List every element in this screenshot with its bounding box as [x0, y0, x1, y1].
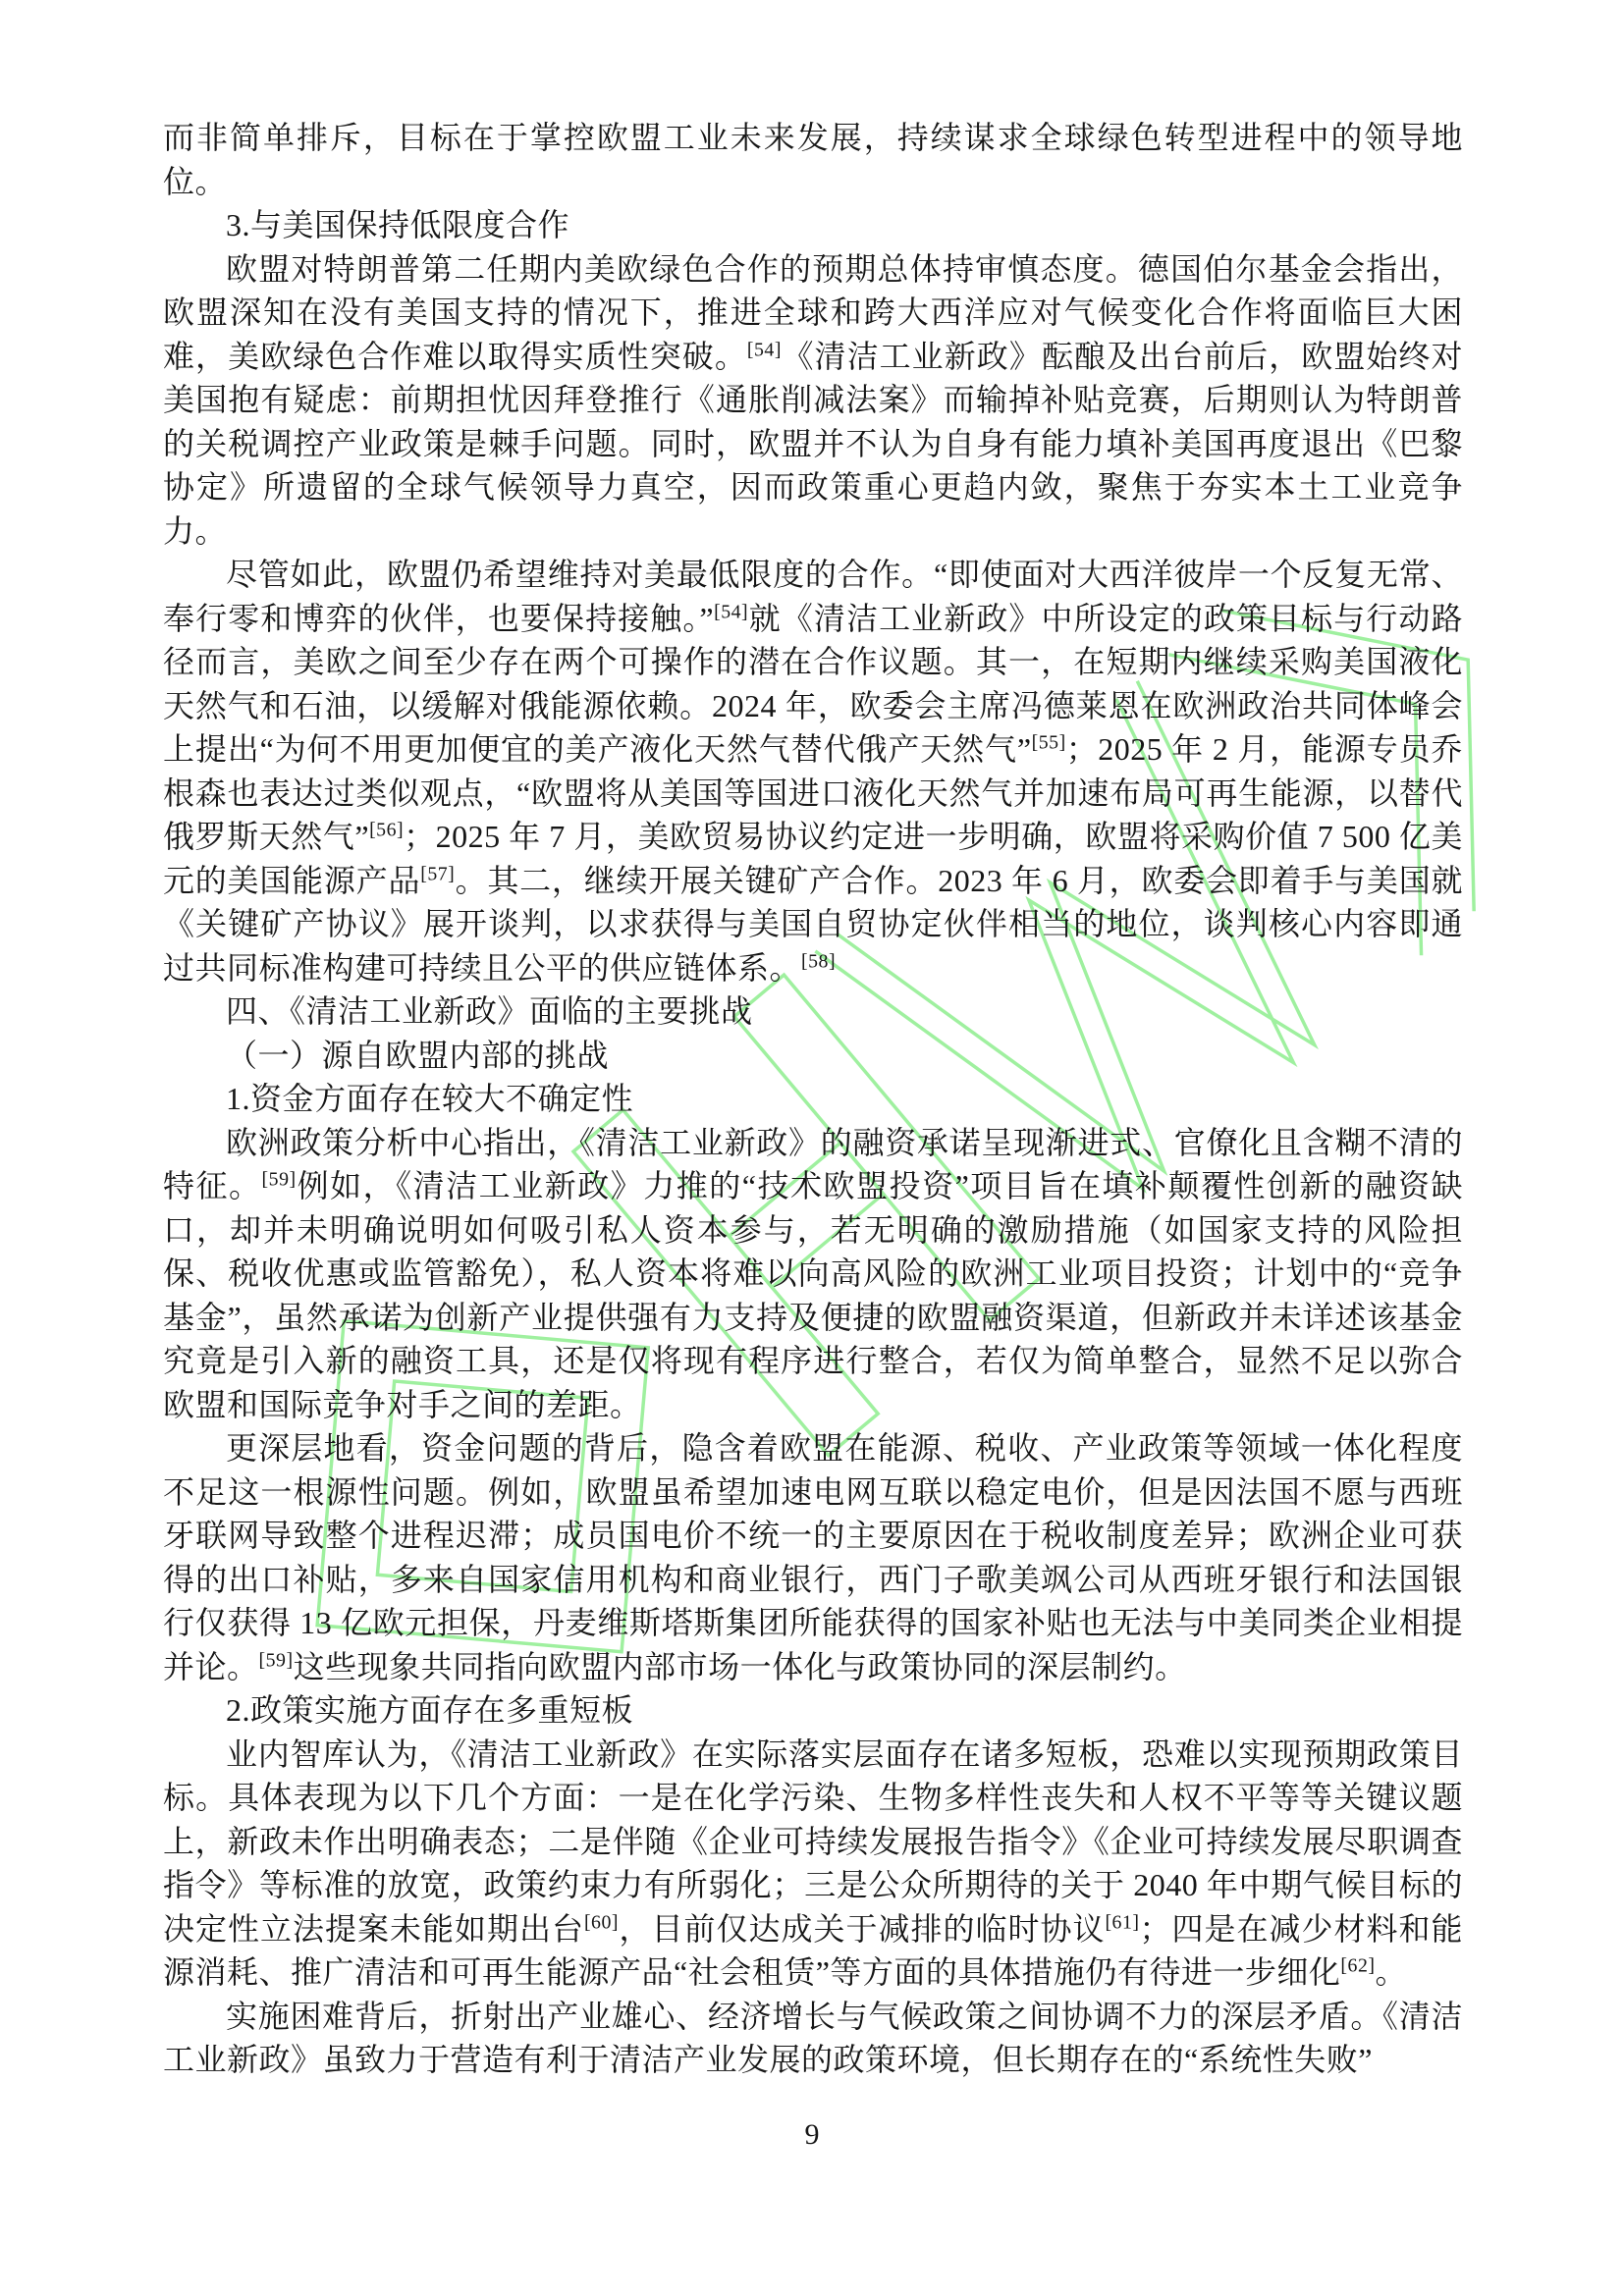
footnote-ref: [60] [584, 1911, 619, 1933]
paragraph: 而非简单排斥，目标在于掌控欧盟工业未来发展，持续谋求全球绿色转型进程中的领导地位… [163, 116, 1463, 203]
paragraph-text: 更深层地看，资金问题的背后，隐含着欧盟在能源、税收、产业政策等领域一体化程度不足… [163, 1430, 1463, 1684]
footnote-ref: [54] [714, 601, 748, 622]
footnote-ref: [57] [420, 863, 455, 884]
footnote-ref: [54] [747, 339, 782, 360]
footnote-ref: [59] [262, 1168, 297, 1190]
section-heading: 四、《清洁工业新政》面临的主要挑战 [163, 989, 1463, 1034]
footnote-ref: [62] [1340, 1954, 1375, 1976]
paragraph-text: ，目前仅达成关于减排的临时协议 [619, 1911, 1105, 1947]
paragraph: 欧盟对特朗普第二任期内美欧绿色合作的预期总体持审慎态度。德国伯尔基金会指出，欧盟… [163, 247, 1463, 554]
paragraph: 尽管如此，欧盟仍希望维持对美最低限度的合作。“即使面对大西洋彼岸一个反复无常、奉… [163, 553, 1463, 989]
paragraph-text: 实施困难背后，折射出产业雄心、经济增长与气候政策之间协调不力的深层矛盾。《清洁工… [163, 1999, 1463, 2078]
paragraph-text: 而非简单排斥，目标在于掌控欧盟工业未来发展，持续谋求全球绿色转型进程中的领导地位… [163, 120, 1463, 199]
document-page: 而非简单排斥，目标在于掌控欧盟工业未来发展，持续谋求全球绿色转型进程中的领导地位… [0, 0, 1624, 2296]
footnote-ref: [58] [801, 950, 836, 972]
paragraph-text: （一）源自欧盟内部的挑战 [226, 1038, 609, 1073]
paragraph: 更深层地看，资金问题的背后，隐含着欧盟在能源、税收、产业政策等领域一体化程度不足… [163, 1426, 1463, 1688]
paragraph-text: 3.与美国保持低限度合作 [226, 207, 569, 242]
section-heading: 3.与美国保持低限度合作 [163, 203, 1463, 247]
page-number: 9 [0, 2118, 1624, 2152]
paragraph-text: 。 [1375, 1954, 1407, 1990]
paragraph-text: 2.政策实施方面存在多重短板 [226, 1692, 633, 1728]
paragraph-text: 例如，《清洁工业新政》力推的“技术欧盟投资”项目旨在填补颠覆性创新的融资缺口，却… [163, 1168, 1463, 1422]
paragraph-text: 这些现象共同指向欧盟内部市场一体化与政策协同的深层制约。 [294, 1649, 1187, 1684]
paragraph: 实施困难背后，折射出产业雄心、经济增长与气候政策之间协调不力的深层矛盾。《清洁工… [163, 1995, 1463, 2082]
footnote-ref: [56] [369, 819, 404, 840]
document-body: 而非简单排斥，目标在于掌控欧盟工业未来发展，持续谋求全球绿色转型进程中的领导地位… [163, 116, 1463, 2082]
section-heading: 1.资金方面存在较大不确定性 [163, 1077, 1463, 1121]
paragraph-text: 1.资金方面存在较大不确定性 [226, 1081, 633, 1116]
paragraph-text: 四、《清洁工业新政》面临的主要挑战 [226, 993, 753, 1029]
paragraph: 欧洲政策分析中心指出，《清洁工业新政》的融资承诺呈现渐进式、官僚化且含糊不清的特… [163, 1121, 1463, 1427]
section-heading: 2.政策实施方面存在多重短板 [163, 1688, 1463, 1733]
paragraph: 业内智库认为，《清洁工业新政》在实际落实层面存在诸多短板，恐难以实现预期政策目标… [163, 1733, 1463, 1995]
footnote-ref: [55] [1032, 731, 1066, 753]
section-heading: （一）源自欧盟内部的挑战 [163, 1034, 1463, 1078]
footnote-ref: [61] [1105, 1911, 1139, 1933]
footnote-ref: [59] [259, 1649, 294, 1671]
